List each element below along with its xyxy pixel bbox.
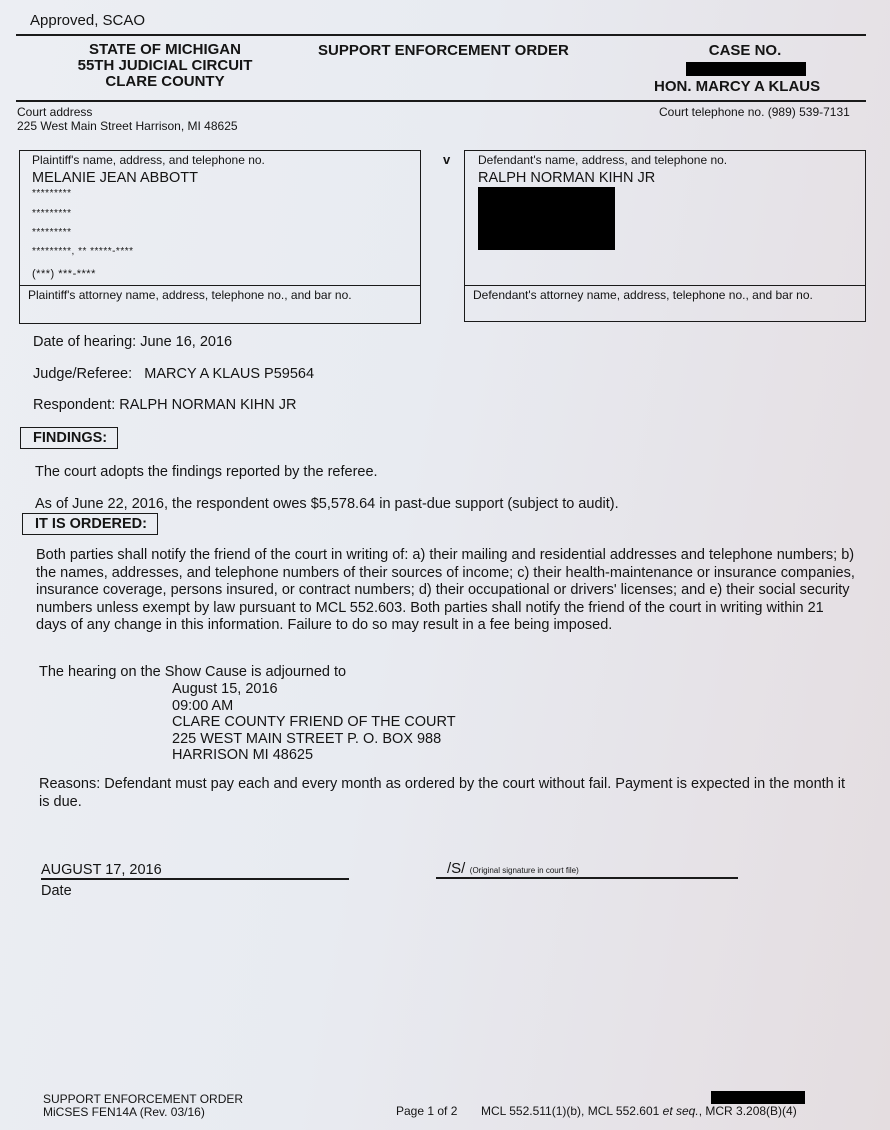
judge-name: HON. MARCY A KLAUS	[654, 78, 820, 95]
court-name: STATE OF MICHIGAN 55TH JUDICIAL CIRCUIT …	[40, 42, 290, 90]
adjourned-street: 225 WEST MAIN STREET P. O. BOX 988	[172, 731, 456, 748]
reasons: Reasons: Defendant must pay each and eve…	[39, 776, 849, 811]
defendant-attorney-label: Defendant's attorney name, address, tele…	[465, 285, 865, 304]
adjourned-city: HARRISON MI 48625	[172, 747, 456, 764]
citation-mcl: MCL 552.511(1)(b), MCL 552.601	[481, 1104, 663, 1118]
signature: /S/ (Original signature in court file)	[447, 860, 579, 878]
approved-scao: Approved, SCAO	[30, 12, 145, 29]
plaintiff-address-line: *********	[32, 186, 408, 204]
judge-referee: Judge/Referee: MARCY A KLAUS P59564	[33, 366, 314, 382]
hearing-date: Date of hearing: June 16, 2016	[33, 334, 232, 350]
findings-line: The court adopts the findings reported b…	[35, 464, 378, 480]
plaintiff-address-line: *********	[32, 204, 408, 223]
plaintiff-address-line: *********, ** *****-****	[32, 242, 408, 261]
court-circuit: 55TH JUDICIAL CIRCUIT	[40, 58, 290, 74]
redacted-defendant-address	[478, 187, 615, 250]
plaintiff-name: MELANIE JEAN ABBOTT	[32, 170, 408, 186]
redacted-case-number	[686, 62, 806, 76]
signed-date: AUGUST 17, 2016	[41, 862, 162, 878]
date-label: Date	[41, 883, 72, 899]
citation-et-seq: et seq.	[663, 1104, 699, 1118]
order-heading: IT IS ORDERED:	[22, 513, 158, 535]
defendant-box: Defendant's name, address, and telephone…	[464, 150, 866, 322]
plaintiff-address-line: *********	[32, 223, 408, 242]
plaintiff-attorney-label: Plaintiff's attorney name, address, tele…	[20, 285, 420, 304]
respondent: Respondent: RALPH NORMAN KIHN JR	[33, 397, 297, 413]
plaintiff-phone: (***) ***-****	[32, 265, 408, 284]
signature-note: (Original signature in court file)	[470, 866, 579, 875]
court-address: 225 West Main Street Harrison, MI 48625	[17, 119, 238, 133]
footer-citations: MCL 552.511(1)(b), MCL 552.601 et seq., …	[481, 1105, 797, 1118]
court-state: STATE OF MICHIGAN	[40, 42, 290, 58]
judge-referee-value: MARCY A KLAUS P59564	[144, 366, 314, 382]
signature-mark: /S/	[447, 860, 465, 877]
notify-paragraph: Both parties shall notify the friend of …	[36, 547, 856, 635]
adjourned-date: August 15, 2016	[172, 681, 456, 698]
citation-mcr: , MCR 3.208(B)(4)	[699, 1104, 797, 1118]
case-no-label: CASE NO.	[640, 42, 850, 59]
footer-page-number: Page 1 of 2	[396, 1105, 457, 1118]
adjourned-time: 09:00 AM	[172, 698, 456, 715]
redacted-footer	[711, 1091, 805, 1104]
footer-form-info: SUPPORT ENFORCEMENT ORDER MiCSES FEN14A …	[43, 1093, 243, 1119]
defendant-label: Defendant's name, address, and telephone…	[478, 153, 852, 167]
findings-past-due: As of June 22, 2016, the respondent owes…	[35, 496, 619, 512]
plaintiff-label: Plaintiff's name, address, and telephone…	[32, 153, 408, 167]
judge-referee-label: Judge/Referee:	[33, 366, 132, 382]
case-number-block: CASE NO.	[640, 42, 850, 59]
adjourned-location: CLARE COUNTY FRIEND OF THE COURT	[172, 714, 456, 731]
adjourned-details: August 15, 2016 09:00 AM CLARE COUNTY FR…	[172, 681, 456, 764]
plaintiff-box: Plaintiff's name, address, and telephone…	[19, 150, 421, 324]
divider	[16, 34, 866, 36]
versus-label: v	[443, 152, 450, 167]
signature-line	[436, 877, 738, 879]
adjourned-intro: The hearing on the Show Cause is adjourn…	[39, 664, 346, 680]
court-telephone: Court telephone no. (989) 539-7131	[659, 105, 850, 119]
court-county: CLARE COUNTY	[40, 74, 290, 90]
date-line	[41, 878, 349, 880]
footer-form-code: MiCSES FEN14A (Rev. 03/16)	[43, 1106, 243, 1119]
court-address-label: Court address	[17, 105, 92, 119]
findings-heading: FINDINGS:	[20, 427, 118, 449]
defendant-name: RALPH NORMAN KIHN JR	[478, 170, 852, 186]
divider	[16, 100, 866, 102]
form-title: SUPPORT ENFORCEMENT ORDER	[318, 42, 569, 59]
